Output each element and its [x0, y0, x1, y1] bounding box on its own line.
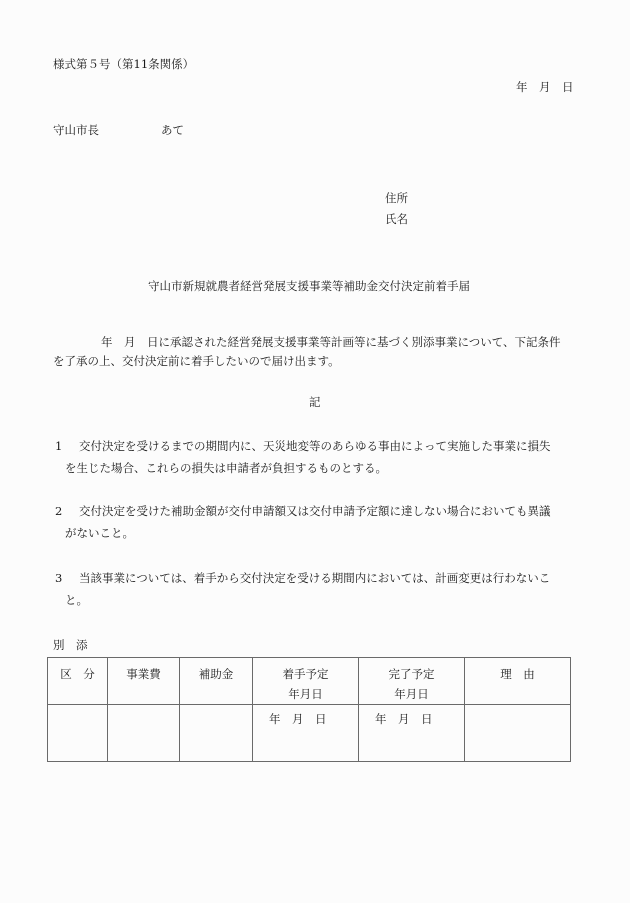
- cell-subsidy[interactable]: [180, 705, 253, 762]
- addressee: 守山市長: [53, 125, 99, 137]
- condition-number: 3: [55, 573, 62, 585]
- cell-start-date[interactable]: 年 月 日: [253, 705, 359, 762]
- body-line-1: 年 月 日に承認された経営発展支援事業等計画等に基づく別添事業について、下記条件: [101, 337, 561, 349]
- cell-reason[interactable]: [465, 705, 571, 762]
- body-line-2: を了承の上、交付決定前に着手したいので届け出ます。: [53, 356, 340, 368]
- name-label: 氏名: [385, 214, 408, 226]
- attachment-label: 別 添: [53, 640, 88, 652]
- col-header-completion-date: 完了予定年月日: [359, 658, 465, 705]
- col-header-subsidy: 補助金: [180, 658, 253, 705]
- addressee-suffix: あて: [161, 125, 184, 137]
- col-header-reason: 理 由: [465, 658, 571, 705]
- cell-completion-date[interactable]: 年 月 日: [359, 705, 465, 762]
- submission-date: 年 月 日: [516, 82, 574, 94]
- col-header-project-cost: 事業費: [108, 658, 180, 705]
- form-number: 様式第５号（第11条関係）: [53, 59, 194, 71]
- table-header-row: 区 分 事業費 補助金 着手予定年月日 完了予定年月日 理 由: [48, 658, 571, 705]
- attachment-table: 区 分 事業費 補助金 着手予定年月日 完了予定年月日 理 由 年 月 日 年 …: [47, 657, 571, 762]
- condition-text-cont: と。: [65, 595, 88, 607]
- condition-text: 交付決定を受けた補助金額が交付申請額又は交付申請予定額に達しない場合においても異…: [79, 506, 551, 518]
- condition-text: 交付決定を受けるまでの期間内に、天災地変等のあらゆる事由によって実施した事業に損…: [79, 441, 551, 453]
- col-header-start-date: 着手予定年月日: [253, 658, 359, 705]
- condition-text-cont: がないこと。: [65, 528, 134, 540]
- condition-text: 当該事業については、着手から交付決定を受ける期間内においては、計画変更は行わない…: [79, 573, 550, 585]
- table-row: 年 月 日 年 月 日: [48, 705, 571, 762]
- address-label: 住所: [385, 193, 408, 205]
- cell-project-cost[interactable]: [108, 705, 180, 762]
- col-header-category: 区 分: [48, 658, 108, 705]
- cell-category[interactable]: [48, 705, 108, 762]
- condition-number: 1: [55, 441, 62, 453]
- document-title: 守山市新規就農者経営発展支援事業等補助金交付決定前着手届: [148, 281, 470, 293]
- condition-text-cont: を生じた場合、これらの損失は申請者が負担するものとする。: [65, 463, 387, 475]
- condition-number: 2: [55, 506, 62, 518]
- ki-heading: 記: [309, 397, 321, 409]
